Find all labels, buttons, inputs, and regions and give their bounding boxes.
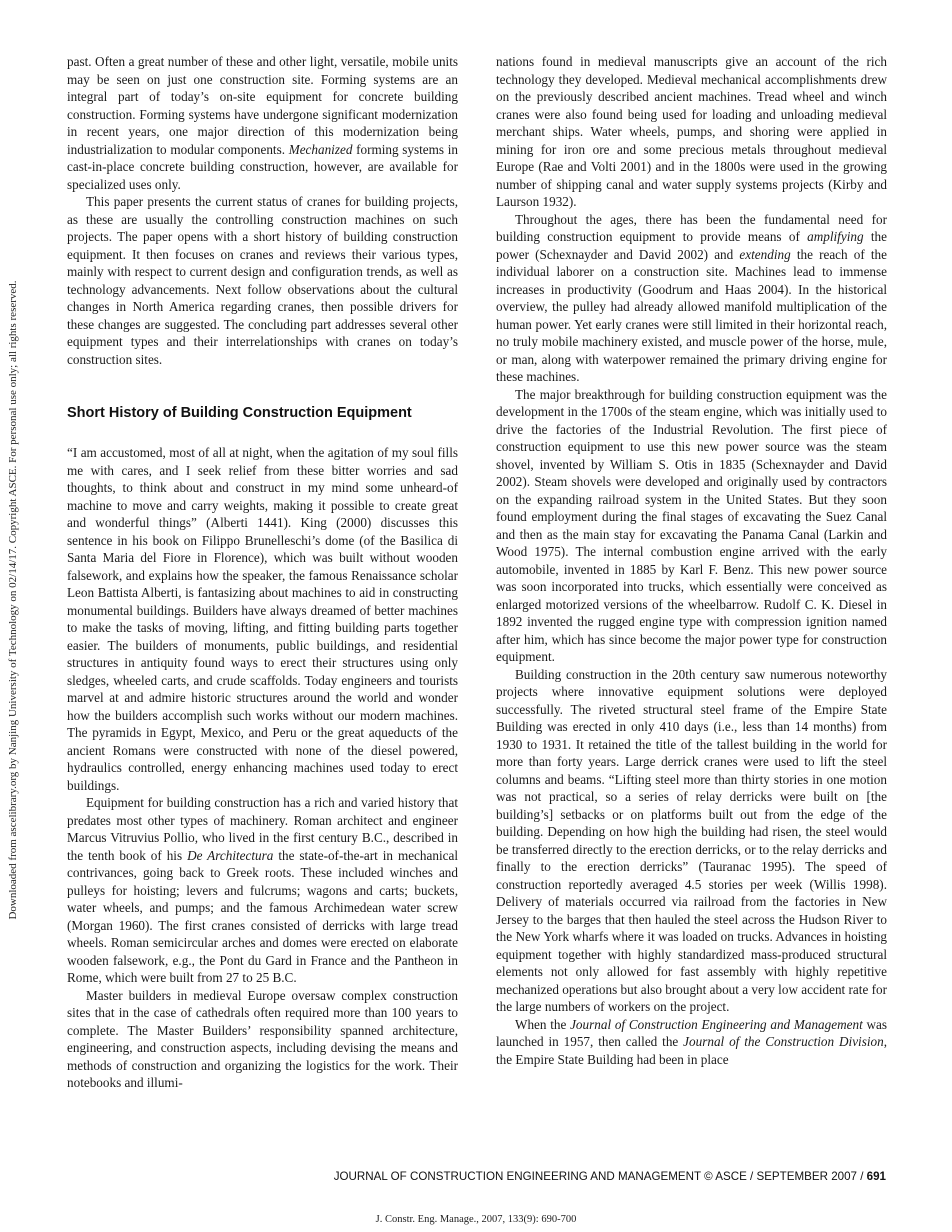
download-notice: Downloaded from ascelibrary.org by Nanji… xyxy=(3,210,23,990)
left-column: past. Often a great number of these and … xyxy=(67,53,458,1092)
emphasis: Mechanized xyxy=(289,142,353,157)
journal-title: Journal of Construction Engineering and … xyxy=(570,1017,863,1032)
paragraph: Throughout the ages, there has been the … xyxy=(496,211,887,386)
book-title: De Architectura xyxy=(187,848,273,863)
journal-title: Journal of the Construction Division xyxy=(683,1034,884,1049)
section-heading: Short History of Building Construction E… xyxy=(67,404,458,422)
right-column: nations found in medieval manuscripts gi… xyxy=(496,53,887,1068)
emphasis: amplifying xyxy=(807,229,863,244)
page-number: 691 xyxy=(867,1170,886,1183)
paragraph: Building construction in the 20th centur… xyxy=(496,666,887,1016)
paragraph: This paper presents the current status o… xyxy=(67,193,458,368)
paragraph: “I am accustomed, most of all at night, … xyxy=(67,444,458,794)
paragraph: When the Journal of Construction Enginee… xyxy=(496,1016,887,1069)
download-notice-text: Downloaded from ascelibrary.org by Nanji… xyxy=(7,280,19,919)
paragraph: nations found in medieval manuscripts gi… xyxy=(496,53,887,211)
paragraph: past. Often a great number of these and … xyxy=(67,53,458,193)
paragraph: Master builders in medieval Europe overs… xyxy=(67,987,458,1092)
paragraph: The major breakthrough for building cons… xyxy=(496,386,887,666)
emphasis: extending xyxy=(739,247,790,262)
paragraph: Equipment for building construction has … xyxy=(67,794,458,987)
journal-footer-text: JOURNAL OF CONSTRUCTION ENGINEERING AND … xyxy=(334,1170,867,1183)
running-footer: JOURNAL OF CONSTRUCTION ENGINEERING AND … xyxy=(334,1170,886,1183)
citation-footer: J. Constr. Eng. Manage., 2007, 133(9): 6… xyxy=(0,1214,952,1225)
